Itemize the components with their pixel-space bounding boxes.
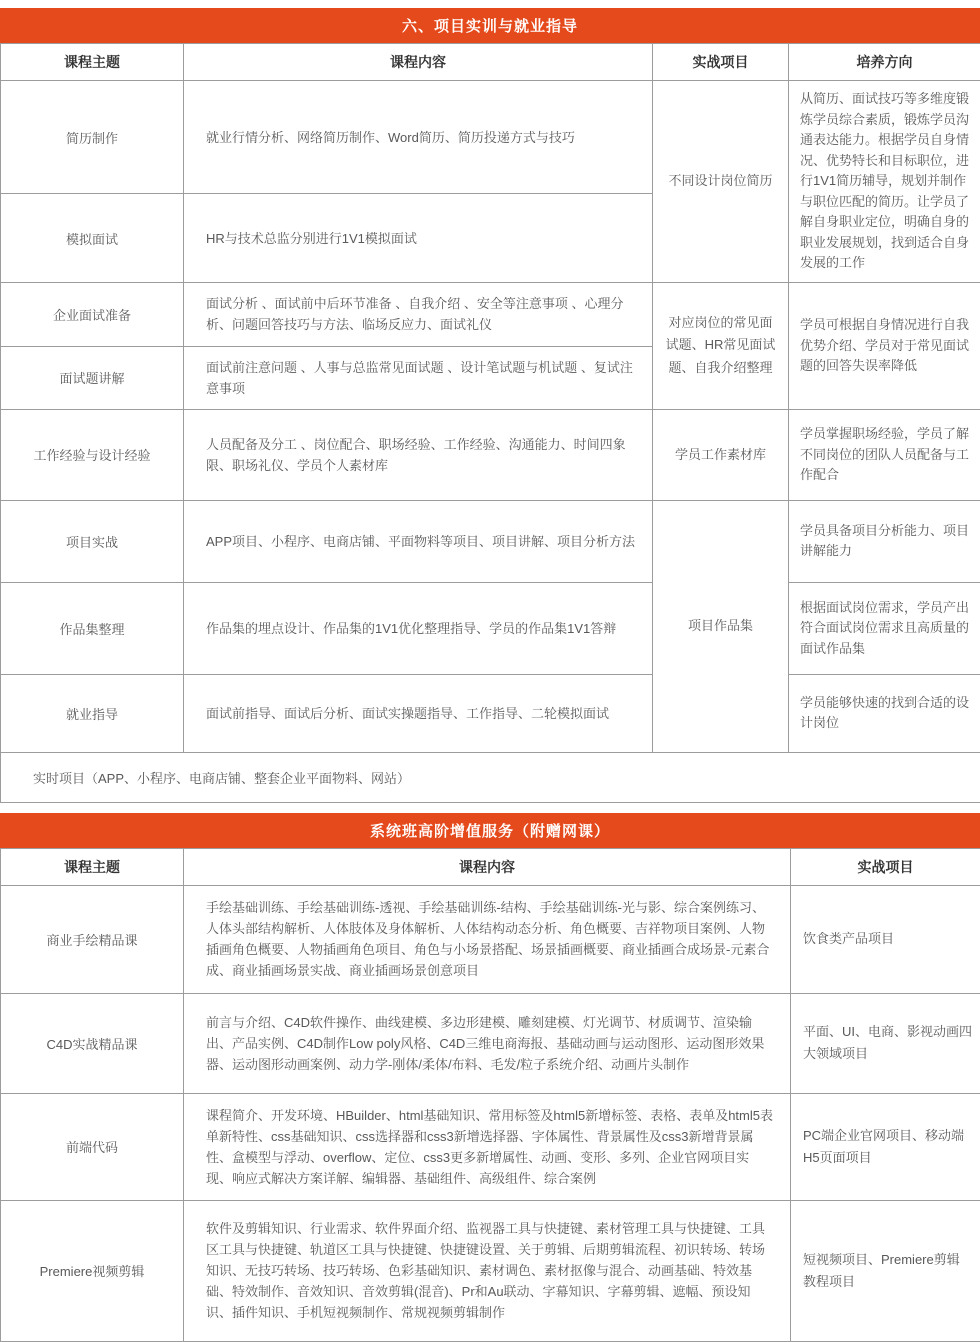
table-row: 前端代码 课程简介、开发环境、HBuilder、html基础知识、常用标签及ht…: [1, 1093, 980, 1200]
table-row: 企业面试准备 面试分析 、面试前中后环节准备 、自我介绍 、安全等注意事项 、心…: [1, 282, 980, 346]
column-header-content: 课程内容: [184, 848, 791, 885]
project-cell: 学员工作素材库: [653, 409, 789, 500]
note-row: 实时项目（APP、小程序、电商店铺、整套企业平面物料、网站）: [1, 752, 980, 802]
column-header-topic: 课程主题: [1, 44, 184, 81]
topic-cell: 模拟面试: [1, 194, 184, 282]
section2-title-band: 系统班高阶增值服务（附赠网课）: [0, 813, 980, 848]
project-cell: 饮食类产品项目: [791, 885, 980, 993]
column-header-direction: 培养方向: [789, 44, 980, 81]
project-cell: 项目作品集: [653, 500, 789, 752]
topic-cell: 项目实战: [1, 500, 184, 582]
section1-table: 课程主题 课程内容 实战项目 培养方向 简历制作 就业行情分析、网络简历制作、W…: [0, 43, 980, 803]
table-row: C4D实战精品课 前言与介绍、C4D软件操作、曲线建模、多边形建模、雕刻建模、灯…: [1, 993, 980, 1093]
direction-cell: 从简历、面试技巧等多维度锻炼学员综合素质，锻炼学员沟通表达能力。根据学员自身情况…: [789, 81, 980, 283]
content-cell: 手绘基础训练、手绘基础训练-透视、手绘基础训练-结构、手绘基础训练-光与影、综合…: [184, 885, 791, 993]
topic-cell: 企业面试准备: [1, 282, 184, 346]
direction-cell: 学员可根据自身情况进行自我优势介绍、学员对于常见面试题的回答失误率降低: [789, 282, 980, 409]
content-cell: 人员配备及分工 、岗位配合、职场经验、工作经验、沟通能力、时间四象限、职场礼仪、…: [184, 409, 653, 500]
direction-cell: 学员能够快速的找到合适的设计岗位: [789, 674, 980, 752]
column-header-project: 实战项目: [653, 44, 789, 81]
column-header-project: 实战项目: [791, 848, 980, 885]
table-row: 商业手绘精品课 手绘基础训练、手绘基础训练-透视、手绘基础训练-结构、手绘基础训…: [1, 885, 980, 993]
table-row: 简历制作 就业行情分析、网络简历制作、Word简历、简历投递方式与技巧 不同设计…: [1, 81, 980, 194]
topic-cell: 前端代码: [1, 1093, 184, 1200]
content-cell: 面试前指导、面试后分析、面试实操题指导、工作指导、二轮模拟面试: [184, 674, 653, 752]
topic-cell: 作品集整理: [1, 582, 184, 674]
project-cell: 不同设计岗位简历: [653, 81, 789, 283]
topic-cell: 工作经验与设计经验: [1, 409, 184, 500]
topic-cell: 简历制作: [1, 81, 184, 194]
direction-cell: 根据面试岗位需求，学员产出符合面试岗位需求且高质量的面试作品集: [789, 582, 980, 674]
content-cell: 就业行情分析、网络简历制作、Word简历、简历投递方式与技巧: [184, 81, 653, 194]
section2-title: 系统班高阶增值服务（附赠网课）: [370, 820, 610, 841]
topic-cell: Premiere视频剪辑: [1, 1200, 184, 1341]
table-row: Premiere视频剪辑 软件及剪辑知识、行业需求、软件界面介绍、监视器工具与快…: [1, 1200, 980, 1341]
direction-cell: 学员具备项目分析能力、项目讲解能力: [789, 500, 980, 582]
section1-title: 六、项目实训与就业指导: [402, 15, 578, 36]
direction-cell: 学员掌握职场经验，学员了解不同岗位的团队人员配备与工作配合: [789, 409, 980, 500]
content-cell: APP项目、小程序、电商店铺、平面物料等项目、项目讲解、项目分析方法: [184, 500, 653, 582]
table-row: 就业指导 面试前指导、面试后分析、面试实操题指导、工作指导、二轮模拟面试 学员能…: [1, 674, 980, 752]
project-cell: 对应岗位的常见面试题、HR常见面试题、自我介绍整理: [653, 282, 789, 409]
project-cell: PC端企业官网项目、移动端H5页面项目: [791, 1093, 980, 1200]
section-gap: [0, 803, 980, 813]
content-cell: 前言与介绍、C4D软件操作、曲线建模、多边形建模、雕刻建模、灯光调节、材质调节、…: [184, 993, 791, 1093]
table-row: 作品集整理 作品集的埋点设计、作品集的1V1优化整理指导、学员的作品集1V1答辩…: [1, 582, 980, 674]
content-cell: 面试分析 、面试前中后环节准备 、自我介绍 、安全等注意事项 、心理分析、问题回…: [184, 282, 653, 346]
project-cell: 平面、UI、电商、影视动画四大领域项目: [791, 993, 980, 1093]
topic-cell: 商业手绘精品课: [1, 885, 184, 993]
section2-table: 课程主题 课程内容 实战项目 商业手绘精品课 手绘基础训练、手绘基础训练-透视、…: [0, 848, 980, 1342]
column-header-content: 课程内容: [184, 44, 653, 81]
section1-title-band: 六、项目实训与就业指导: [0, 8, 980, 43]
topic-cell: C4D实战精品课: [1, 993, 184, 1093]
content-cell: 课程简介、开发环境、HBuilder、html基础知识、常用标签及html5新增…: [184, 1093, 791, 1200]
topic-cell: 面试题讲解: [1, 346, 184, 409]
content-cell: 软件及剪辑知识、行业需求、软件界面介绍、监视器工具与快捷键、素材管理工具与快捷键…: [184, 1200, 791, 1341]
section2-header-row: 课程主题 课程内容 实战项目: [1, 848, 980, 885]
content-cell: 作品集的埋点设计、作品集的1V1优化整理指导、学员的作品集1V1答辩: [184, 582, 653, 674]
content-cell: 面试前注意问题 、人事与总监常见面试题 、设计笔试题与机试题 、复试注意事项: [184, 346, 653, 409]
column-header-topic: 课程主题: [1, 848, 184, 885]
curriculum-page: 六、项目实训与就业指导 课程主题 课程内容 实战项目 培养方向 简历制作 就业行…: [0, 0, 980, 1342]
section1-header-row: 课程主题 课程内容 实战项目 培养方向: [1, 44, 980, 81]
topic-cell: 就业指导: [1, 674, 184, 752]
realtime-projects-note: 实时项目（APP、小程序、电商店铺、整套企业平面物料、网站）: [1, 752, 980, 802]
table-row: 项目实战 APP项目、小程序、电商店铺、平面物料等项目、项目讲解、项目分析方法 …: [1, 500, 980, 582]
table-row: 工作经验与设计经验 人员配备及分工 、岗位配合、职场经验、工作经验、沟通能力、时…: [1, 409, 980, 500]
content-cell: HR与技术总监分别进行1V1模拟面试: [184, 194, 653, 282]
project-cell: 短视频项目、Premiere剪辑教程项目: [791, 1200, 980, 1341]
